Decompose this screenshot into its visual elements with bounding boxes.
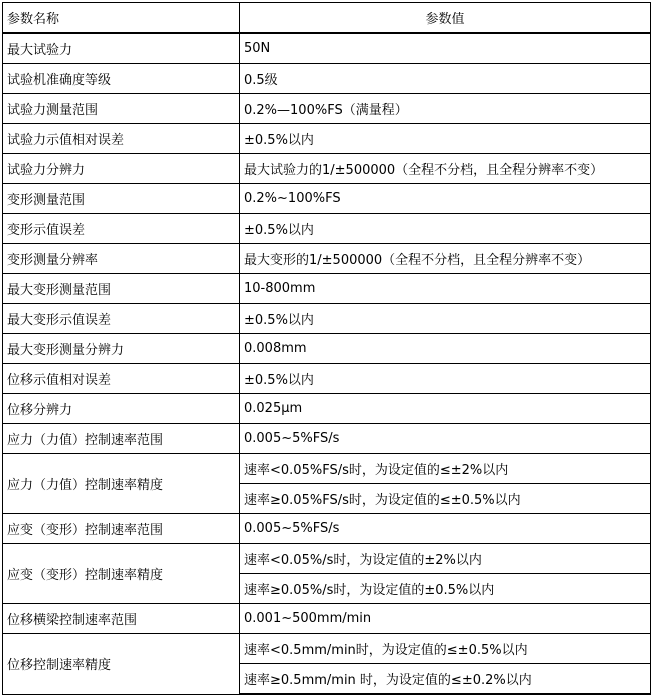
table-row: 最大变形测量范围10-800mm bbox=[3, 274, 651, 304]
table-row: 应力（力值）控制速率精度速率<0.05%FS/s时，为设定值的≤±2%以内 bbox=[3, 454, 651, 484]
table-row: 变形示值误差±0.5%以内 bbox=[3, 214, 651, 244]
table-row: 最大变形示值误差±0.5%以内 bbox=[3, 304, 651, 334]
param-name-cell: 最大试验力 bbox=[3, 33, 240, 64]
spec-table: 参数名称 参数值 最大试验力50N试验机准确度等级0.5级试验力测量范围0.2%… bbox=[2, 2, 651, 695]
param-value-cell: ±0.5%以内 bbox=[240, 124, 651, 154]
param-value-cell: 速率<0.05%FS/s时，为设定值的≤±2%以内 bbox=[240, 454, 651, 484]
param-value-cell: 0.008mm bbox=[240, 334, 651, 364]
table-row: 变形测量分辨率最大变形的1/±500000（全程不分档，且全程分辨率不变） bbox=[3, 244, 651, 274]
param-value-cell: 0.005~5%FS/s bbox=[240, 424, 651, 454]
param-value-cell: ±0.5%以内 bbox=[240, 214, 651, 244]
param-value-cell: 0.005~5%FS/s bbox=[240, 514, 651, 544]
table-row: 应变（变形）控制速率范围0.005~5%FS/s bbox=[3, 514, 651, 544]
param-value-cell: 0.5级 bbox=[240, 64, 651, 94]
table-row: 试验力示值相对误差±0.5%以内 bbox=[3, 124, 651, 154]
param-value-cell: ±0.5%以内 bbox=[240, 364, 651, 394]
param-name-cell: 变形测量分辨率 bbox=[3, 244, 240, 274]
table-row: 试验力分辨力最大试验力的1/±500000（全程不分档，且全程分辨率不变） bbox=[3, 154, 651, 184]
param-value-header: 参数值 bbox=[240, 3, 651, 34]
param-name-cell: 应变（变形）控制速率精度 bbox=[3, 544, 240, 604]
table-row: 位移分辨力0.025μm bbox=[3, 394, 651, 424]
param-name-cell: 试验力示值相对误差 bbox=[3, 124, 240, 154]
param-value-cell: 0.001~500mm/min bbox=[240, 604, 651, 634]
param-name-cell: 变形示值误差 bbox=[3, 214, 240, 244]
table-row: 位移示值相对误差±0.5%以内 bbox=[3, 364, 651, 394]
param-name-cell: 最大变形测量范围 bbox=[3, 274, 240, 304]
param-name-cell: 应力（力值）控制速率精度 bbox=[3, 454, 240, 514]
page: 参数名称 参数值 最大试验力50N试验机准确度等级0.5级试验力测量范围0.2%… bbox=[0, 0, 652, 697]
param-name-cell: 位移分辨力 bbox=[3, 394, 240, 424]
param-value-cell: 0.025μm bbox=[240, 394, 651, 424]
param-name-cell: 试验力分辨力 bbox=[3, 154, 240, 184]
table-row: 最大变形测量分辨力0.008mm bbox=[3, 334, 651, 364]
param-name-cell: 最大变形测量分辨力 bbox=[3, 334, 240, 364]
table-row: 应变（变形）控制速率精度速率<0.05%/s时，为设定值的±2%以内 bbox=[3, 544, 651, 574]
param-name-cell: 最大变形示值误差 bbox=[3, 304, 240, 334]
table-row: 最大试验力50N bbox=[3, 33, 651, 64]
param-value-cell: 速率≥0.05%/s时，为设定值的±0.5%以内 bbox=[240, 574, 651, 604]
param-name-cell: 应力（力值）控制速率范围 bbox=[3, 424, 240, 454]
table-row: 试验机准确度等级0.5级 bbox=[3, 64, 651, 94]
table-row: 应力（力值）控制速率范围0.005~5%FS/s bbox=[3, 424, 651, 454]
param-name-cell: 试验机准确度等级 bbox=[3, 64, 240, 94]
param-value-cell: 50N bbox=[240, 33, 651, 64]
table-row: 变形测量范围0.2%~100%FS bbox=[3, 184, 651, 214]
param-name-cell: 变形测量范围 bbox=[3, 184, 240, 214]
param-value-cell: 0.2%~100%FS bbox=[240, 184, 651, 214]
param-value-cell: 10-800mm bbox=[240, 274, 651, 304]
param-name-cell: 试验力测量范围 bbox=[3, 94, 240, 124]
table-row: 位移控制速率精度速率<0.5mm/min时，为设定值的≤±0.5%以内 bbox=[3, 634, 651, 664]
param-value-cell: 最大变形的1/±500000（全程不分档，且全程分辨率不变） bbox=[240, 244, 651, 274]
param-value-cell: 0.2%—100%FS（满量程） bbox=[240, 94, 651, 124]
param-value-cell: 速率<0.05%/s时，为设定值的±2%以内 bbox=[240, 544, 651, 574]
param-name-cell: 位移控制速率精度 bbox=[3, 634, 240, 695]
param-name-cell: 位移横梁控制速率范围 bbox=[3, 604, 240, 634]
param-name-header: 参数名称 bbox=[3, 3, 240, 34]
table-row: 位移横梁控制速率范围0.001~500mm/min bbox=[3, 604, 651, 634]
table-header-row: 参数名称 参数值 bbox=[3, 3, 651, 34]
param-value-cell: ±0.5%以内 bbox=[240, 304, 651, 334]
param-name-cell: 位移示值相对误差 bbox=[3, 364, 240, 394]
param-value-cell: 速率<0.5mm/min时，为设定值的≤±0.5%以内 bbox=[240, 634, 651, 664]
param-value-cell: 速率≥0.5mm/min 时，为设定值的≤±0.2%以内 bbox=[240, 664, 651, 695]
param-value-cell: 最大试验力的1/±500000（全程不分档，且全程分辨率不变） bbox=[240, 154, 651, 184]
param-name-cell: 应变（变形）控制速率范围 bbox=[3, 514, 240, 544]
table-row: 试验力测量范围0.2%—100%FS（满量程） bbox=[3, 94, 651, 124]
param-value-cell: 速率≥0.05%FS/s时，为设定值的≤±0.5%以内 bbox=[240, 484, 651, 514]
